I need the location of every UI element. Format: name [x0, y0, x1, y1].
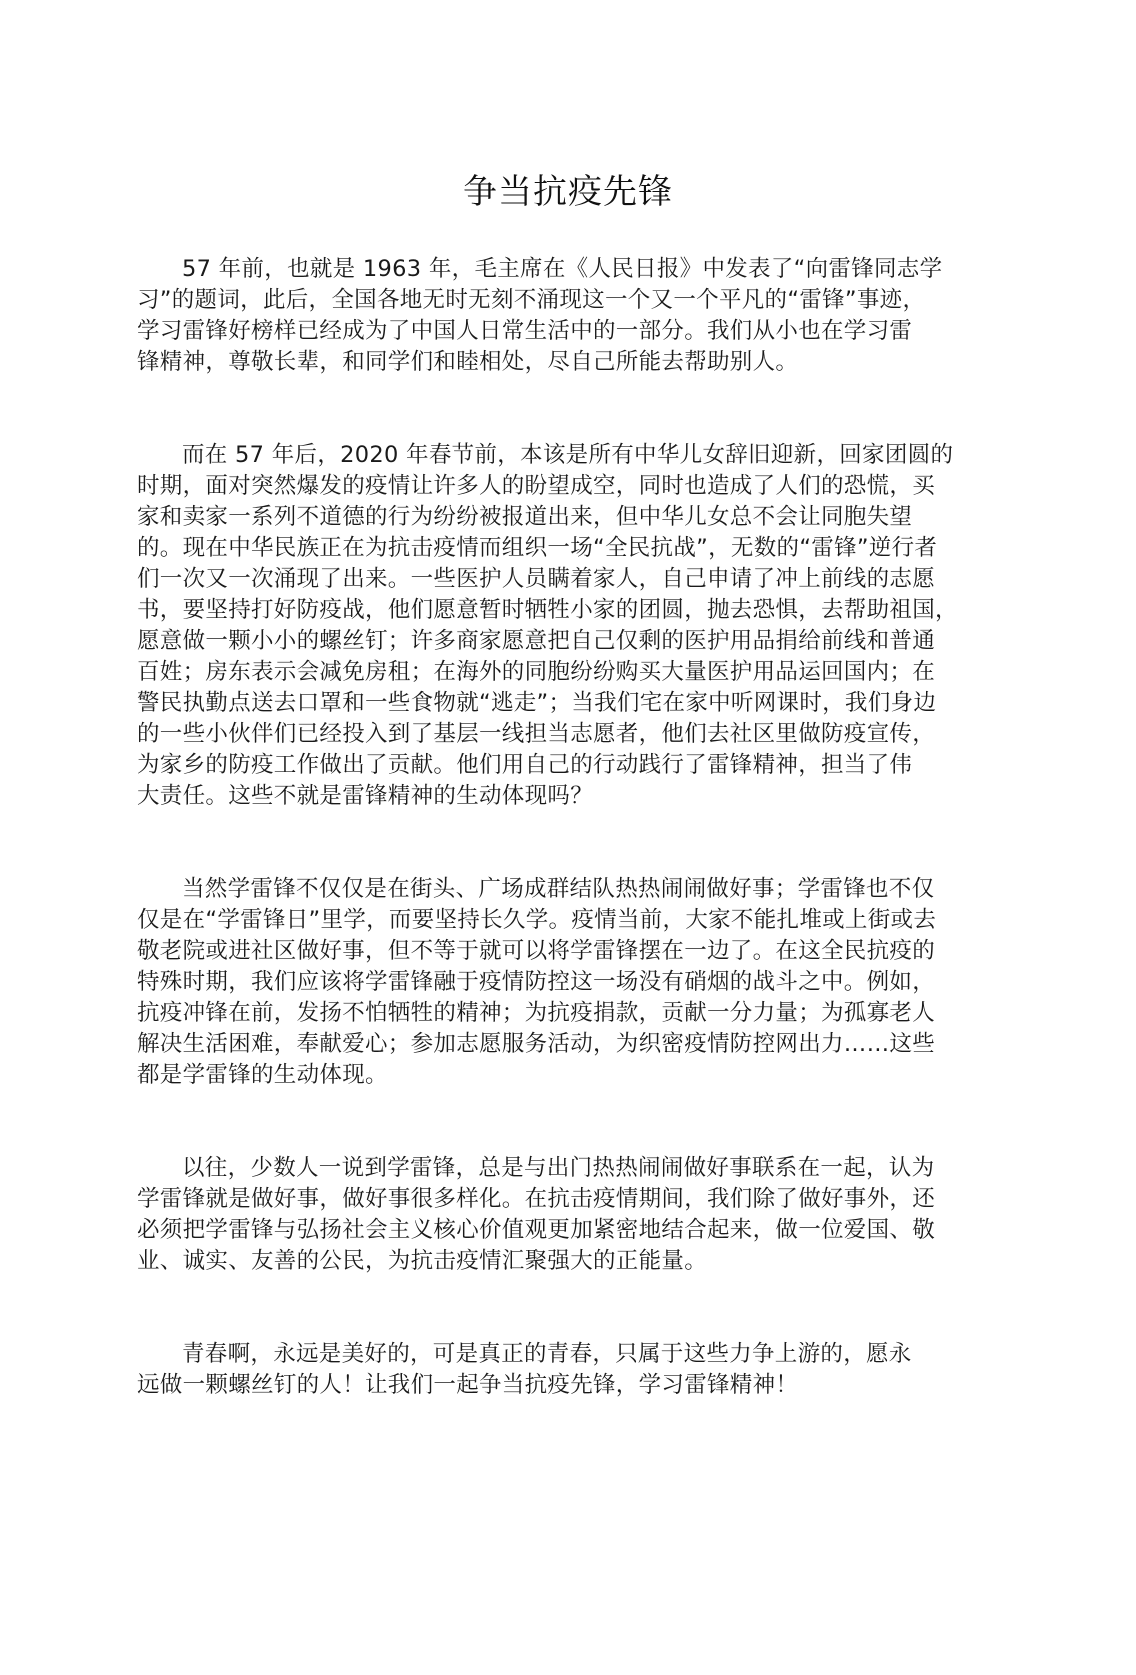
paragraph-line: 当然学雷锋不仅仅是在街头、广场成群结队热热闹闹做好事；学雷锋也不仅	[137, 874, 1015, 905]
paragraph-line: 愿意做一颗小小的螺丝钉；许多商家愿意把自己仅剩的医护用品捐给前线和普通	[137, 626, 1015, 657]
paragraph-line: 书，要坚持打好防疫战，他们愿意暂时牺牲小家的团圆，抛去恐惧，去帮助祖国，	[137, 595, 1015, 626]
paragraph-2: 而在 57 年后，2020 年春节前，本该是所有中华儿女辞旧迎新，回家团圆的 时…	[137, 440, 1015, 812]
document-page: 争当抗疫先锋 57 年前，也就是 1963 年，毛主席在《人民日报》中发表了“向…	[0, 0, 1136, 1675]
paragraph-line: 的一些小伙伴们已经投入到了基层一线担当志愿者，他们去社区里做防疫宣传，	[137, 719, 1015, 750]
paragraph-line: 必须把学雷锋与弘扬社会主义核心价值观更加紧密地结合起来，做一位爱国、敬	[137, 1215, 1015, 1246]
paragraph-line: 百姓；房东表示会减免房租；在海外的同胞纷纷购买大量医护用品运回国内；在	[137, 657, 1015, 688]
paragraph-line: 仅是在“学雷锋日”里学，而要坚持长久学。疫情当前，大家不能扎堆或上街或去	[137, 905, 1015, 936]
document-title: 争当抗疫先锋	[0, 172, 1136, 212]
paragraph-line: 锋精神，尊敬长辈，和同学们和睦相处，尽自己所能去帮助别人。	[137, 347, 1015, 378]
paragraph-line: 的。现在中华民族正在为抗击疫情而组织一场“全民抗战”，无数的“雷锋”逆行者	[137, 533, 1015, 564]
paragraph-line: 学习雷锋好榜样已经成为了中国人日常生活中的一部分。我们从小也在学习雷	[137, 316, 1015, 347]
paragraph-line: 们一次又一次涌现了出来。一些医护人员瞒着家人，自己申请了冲上前线的志愿	[137, 564, 1015, 595]
paragraph-line: 警民执勤点送去口罩和一些食物就“逃走”；当我们宅在家中听网课时，我们身边	[137, 688, 1015, 719]
paragraph-line: 远做一颗螺丝钉的人！让我们一起争当抗疫先锋，学习雷锋精神！	[137, 1370, 1015, 1401]
paragraph-line: 解决生活困难，奉献爱心；参加志愿服务活动，为织密疫情防控网出力……这些	[137, 1029, 1015, 1060]
paragraph-line: 习”的题词，此后，全国各地无时无刻不涌现这一个又一个平凡的“雷锋”事迹，	[137, 285, 1015, 316]
paragraph-line: 都是学雷锋的生动体现。	[137, 1060, 1015, 1091]
paragraph-line: 为家乡的防疫工作做出了贡献。他们用自己的行动践行了雷锋精神，担当了伟	[137, 750, 1015, 781]
paragraph-line: 青春啊，永远是美好的，可是真正的青春，只属于这些力争上游的，愿永	[137, 1339, 1015, 1370]
paragraph-4: 以往，少数人一说到学雷锋，总是与出门热热闹闹做好事联系在一起，认为 学雷锋就是做…	[137, 1153, 1015, 1277]
paragraph-1: 57 年前，也就是 1963 年，毛主席在《人民日报》中发表了“向雷锋同志学 习…	[137, 254, 1015, 378]
paragraph-line: 抗疫冲锋在前，发扬不怕牺牲的精神；为抗疫捐款，贡献一分力量；为孤寡老人	[137, 998, 1015, 1029]
paragraph-line: 大责任。这些不就是雷锋精神的生动体现吗？	[137, 781, 1015, 812]
paragraph-line: 业、诚实、友善的公民，为抗击疫情汇聚强大的正能量。	[137, 1246, 1015, 1277]
paragraph-3: 当然学雷锋不仅仅是在街头、广场成群结队热热闹闹做好事；学雷锋也不仅 仅是在“学雷…	[137, 874, 1015, 1091]
paragraph-line: 而在 57 年后，2020 年春节前，本该是所有中华儿女辞旧迎新，回家团圆的	[137, 440, 1015, 471]
paragraph-line: 敬老院或进社区做好事，但不等于就可以将学雷锋摆在一边了。在这全民抗疫的	[137, 936, 1015, 967]
document-body: 57 年前，也就是 1963 年，毛主席在《人民日报》中发表了“向雷锋同志学 习…	[137, 254, 1015, 1401]
paragraph-5: 青春啊，永远是美好的，可是真正的青春，只属于这些力争上游的，愿永 远做一颗螺丝钉…	[137, 1339, 1015, 1401]
paragraph-line: 57 年前，也就是 1963 年，毛主席在《人民日报》中发表了“向雷锋同志学	[137, 254, 1015, 285]
paragraph-line: 家和卖家一系列不道德的行为纷纷被报道出来，但中华儿女总不会让同胞失望	[137, 502, 1015, 533]
paragraph-line: 学雷锋就是做好事，做好事很多样化。在抗击疫情期间，我们除了做好事外，还	[137, 1184, 1015, 1215]
paragraph-line: 以往，少数人一说到学雷锋，总是与出门热热闹闹做好事联系在一起，认为	[137, 1153, 1015, 1184]
paragraph-line: 时期，面对突然爆发的疫情让许多人的盼望成空，同时也造成了人们的恐慌，买	[137, 471, 1015, 502]
paragraph-line: 特殊时期，我们应该将学雷锋融于疫情防控这一场没有硝烟的战斗之中。例如，	[137, 967, 1015, 998]
